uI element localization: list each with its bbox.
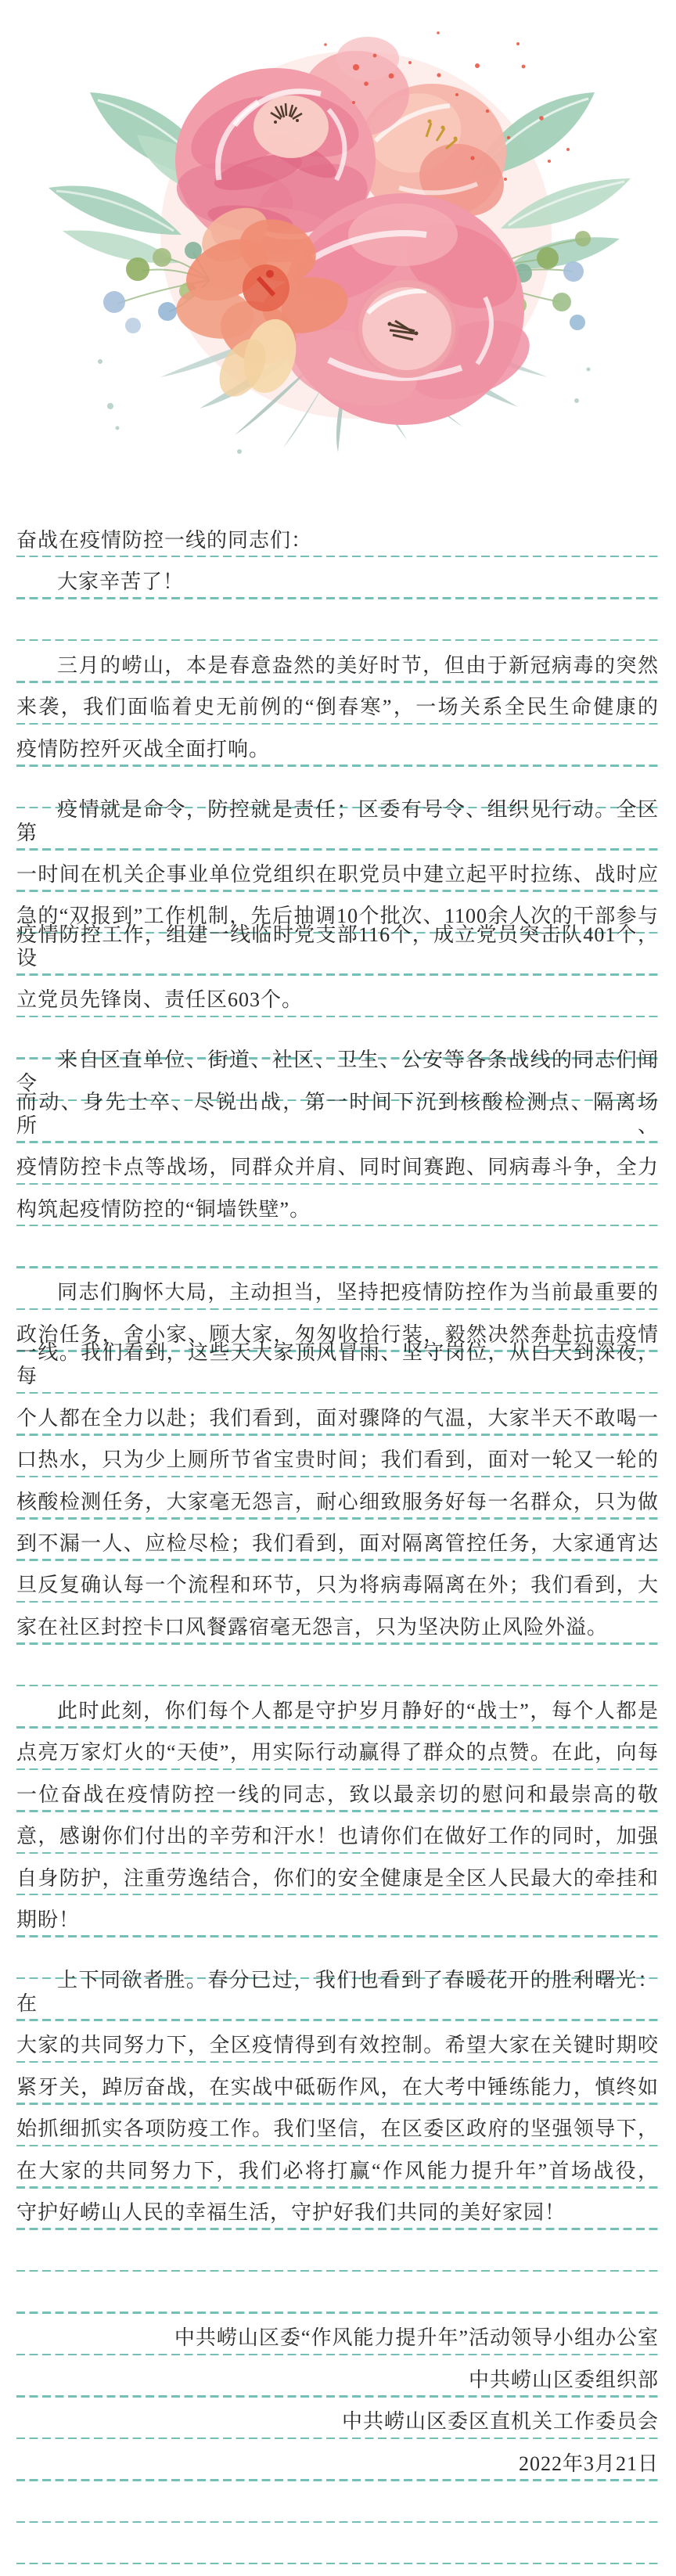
letter-row: 个人都在全力以赴；我们看到，面对骤降的气温，大家半天不敢喝一 xyxy=(16,1394,659,1435)
letter-row: 一位奋战在疫情防控一线的同志，致以最亲切的慰问和最崇高的敬 xyxy=(16,1770,659,1811)
letter-row-text: 中共崂山区委区直机关工作委员会 xyxy=(16,2410,659,2434)
ruled-line-empty xyxy=(16,2230,659,2272)
letter-row: 家在社区封控卡口风餐露宿毫无怨言，只为坚决防止风险外溢。 xyxy=(16,1603,659,1644)
letter-row: 守护好崂山人民的幸福生活，守护好我们共同的美好家园！ xyxy=(16,2189,659,2230)
letter-row-text: 一位奋战在疫情防控一线的同志，致以最亲切的慰问和最崇高的敬 xyxy=(16,1783,659,1807)
ruled-line-empty xyxy=(16,2272,659,2313)
ruled-line-empty xyxy=(16,599,659,641)
letter-row-text: 2022年3月21日 xyxy=(16,2452,659,2476)
letter-row-text: 此时此刻，你们每个人都是守护岁月静好的“战士”，每个人都是 xyxy=(16,1700,659,1723)
letter-body: 奋战在疫情防控一线的同志们：大家辛苦了！三月的崂山，本是春意盎然的美好时节，但由… xyxy=(16,516,659,2564)
letter-row: 构筑起疫情防控的“铜墙铁壁”。 xyxy=(16,1185,659,1226)
ruled-line-empty xyxy=(16,1226,659,1268)
letter-row: 疫情防控歼灭战全面打响。 xyxy=(16,725,659,766)
letter-row: 立党员先锋岗、责任区603个。 xyxy=(16,976,659,1017)
letter-row-text: 紧牙关，踔厉奋战，在实战中砥砺作风，在大考中锤练能力，慎终如 xyxy=(16,2076,659,2099)
letter-row: 期盼！ xyxy=(16,1895,659,1937)
letter-row-text: 口热水，只为少上厕所节省宝贵时间；我们看到，面对一轮又一轮的 xyxy=(16,1448,659,1472)
letter-row-text: 疫情防控工作，组建一线临时党支部116个，成立党员突击队401个，设 xyxy=(16,923,659,970)
ruled-line-empty xyxy=(16,2481,659,2523)
letter-row: 自身防护，注重劳逸结合，你们的安全健康是全区人民最大的牵挂和 xyxy=(16,1854,659,1895)
letter-row: 在大家的共同努力下，我们必将打赢“作风能力提升年”首场战役， xyxy=(16,2146,659,2188)
letter-row: 奋战在疫情防控一线的同志们： xyxy=(16,516,659,557)
letter-row: 来袭，我们面临着史无前例的“倒春寒”，一场关系全民生命健康的 xyxy=(16,683,659,725)
letter-row-text: 而动、身先士卒、尽锐出战，第一时间下沉到核酸检测点、隔离场所、 xyxy=(16,1091,659,1138)
letter-row: 大家的共同努力下，全区疫情得到有效控制。希望大家在关键时期咬 xyxy=(16,2021,659,2063)
letter-row-text: 疫情就是命令，防控就是责任；区委有号令、组织见行动。全区第 xyxy=(16,798,659,845)
letter-row: 疫情就是命令，防控就是责任；区委有号令、组织见行动。全区第 xyxy=(16,808,659,850)
letter-row: 旦反复确认每一个流程和环节，只为将病毒隔离在外；我们看到，大 xyxy=(16,1561,659,1603)
letter-row-text: 中共崂山区委组织部 xyxy=(16,2369,659,2392)
letter-row-text: 家在社区封控卡口风餐露宿毫无怨言，只为坚决防止风险外溢。 xyxy=(16,1616,659,1639)
letter-row: 一时间在机关企事业单位党组织在职党员中建立起平时拉练、战时应 xyxy=(16,851,659,892)
letter-row: 核酸检测任务，大家毫无怨言，耐心细致服务好每一名群众，只为做 xyxy=(16,1477,659,1519)
letter-row-text: 点亮万家灯火的“天使”，用实际行动赢得了群众的点赞。在此，向每 xyxy=(16,1741,659,1765)
letter-row-text: 疫情防控卡点等战场，同群众并肩、同时间赛跑、同病毒斗争，全力 xyxy=(16,1156,659,1179)
letter-row: 中共崂山区委“作风能力提升年”活动领导小组办公室 xyxy=(16,2314,659,2355)
ruled-line-empty xyxy=(16,2523,659,2564)
letter-row-text: 意，感谢你们付出的辛劳和汗水！也请你们在做好工作的同时，加强 xyxy=(16,1825,659,1848)
letter-row-text: 守护好崂山人民的幸福生活，守护好我们共同的美好家园！ xyxy=(16,2201,659,2225)
letter-row-text: 来自区直单位、街道、社区、卫生、公安等各条战线的同志们闻令 xyxy=(16,1049,659,1096)
letter-row-text: 一时间在机关企事业单位党组织在职党员中建立起平时拉练、战时应 xyxy=(16,863,659,887)
letter-row-text: 旦反复确认每一个流程和环节，只为将病毒隔离在外；我们看到，大 xyxy=(16,1574,659,1597)
letter-row-text: 构筑起疫情防控的“铜墙铁壁”。 xyxy=(16,1198,659,1221)
letter-row-text: 自身防护，注重劳逸结合，你们的安全健康是全区人民最大的牵挂和 xyxy=(16,1867,659,1891)
letter-row: 三月的崂山，本是春意盎然的美好时节，但由于新冠病毒的突然 xyxy=(16,641,659,682)
ruled-line-empty xyxy=(16,1645,659,1686)
letter-row-text: 疫情防控歼灭战全面打响。 xyxy=(16,738,659,761)
letter-row: 而动、身先士卒、尽锐出战，第一时间下沉到核酸检测点、隔离场所、 xyxy=(16,1101,659,1142)
letter-row: 中共崂山区委组织部 xyxy=(16,2355,659,2397)
letter-row: 疫情防控卡点等战场，同群众并肩、同时间赛跑、同病毒斗争，全力 xyxy=(16,1143,659,1185)
letter-row-text: 大家的共同努力下，全区疫情得到有效控制。希望大家在关键时期咬 xyxy=(16,2034,659,2057)
letter-row: 上下同欲者胜。春分已过，我们也看到了春暖花开的胜利曙光：在 xyxy=(16,1979,659,2020)
letter-row: 点亮万家灯火的“天使”，用实际行动赢得了群众的点赞。在此，向每 xyxy=(16,1729,659,1770)
watercolor-flower-bouquet-image xyxy=(0,0,676,485)
letter-row-text: 始抓细抓实各项防疫工作。我们坚信，在区委区政府的坚强领导下， xyxy=(16,2117,659,2141)
letter-row-text: 大家辛苦了！ xyxy=(16,570,659,594)
letter-row-text: 在大家的共同努力下，我们必将打赢“作风能力提升年”首场战役， xyxy=(16,2160,659,2183)
letter-row: 疫情防控工作，组建一线临时党支部116个，成立党员突击队401个，设 xyxy=(16,934,659,975)
letter-row: 大家辛苦了！ xyxy=(16,557,659,599)
letter-row: 中共崂山区委区直机关工作委员会 xyxy=(16,2398,659,2439)
letter-row: 意，感谢你们付出的辛劳和汗水！也请你们在做好工作的同时，加强 xyxy=(16,1812,659,1854)
letter-row: 始抓细抓实各项防疫工作。我们坚信，在区委区政府的坚强领导下， xyxy=(16,2105,659,2146)
letter-row-text: 立党员先锋岗、责任区603个。 xyxy=(16,988,659,1012)
letter-row-text: 同志们胸怀大局，主动担当，坚持把疫情防控作为当前最重要的 xyxy=(16,1281,659,1304)
letter-row-text: 到不漏一人、应检尽检；我们看到，面对隔离管控任务，大家通宵达 xyxy=(16,1532,659,1556)
letter-row: 口热水，只为少上厕所节省宝贵时间；我们看到，面对一轮又一轮的 xyxy=(16,1436,659,1477)
letter-row: 同志们胸怀大局，主动担当，坚持把疫情防控作为当前最重要的 xyxy=(16,1268,659,1310)
letter-row-text: 奋战在疫情防控一线的同志们： xyxy=(16,529,659,552)
letter-row: 此时此刻，你们每个人都是守护岁月静好的“战士”，每个人都是 xyxy=(16,1686,659,1728)
letter-row-text: 期盼！ xyxy=(16,1909,659,1932)
letter-row: 一线。我们看到，这些天大家顶风冒雨、坚守岗位，从白天到深夜，每 xyxy=(16,1352,659,1394)
letter-row: 紧牙关，踔厉奋战，在实战中砥砺作风，在大考中锤练能力，慎终如 xyxy=(16,2063,659,2104)
letter-row-text: 上下同欲者胜。春分已过，我们也看到了春暖花开的胜利曙光：在 xyxy=(16,1969,659,2016)
letter-row-text: 来袭，我们面临着史无前例的“倒春寒”，一场关系全民生命健康的 xyxy=(16,696,659,719)
letter-row: 2022年3月21日 xyxy=(16,2439,659,2481)
letter-row-text: 核酸检测任务，大家毫无怨言，耐心细致服务好每一名群众，只为做 xyxy=(16,1491,659,1514)
letter-row-text: 三月的崂山，本是春意盎然的美好时节，但由于新冠病毒的突然 xyxy=(16,654,659,678)
letter-row-text: 一线。我们看到，这些天大家顶风冒雨、坚守岗位，从白天到深夜，每 xyxy=(16,1341,659,1388)
letter-row: 到不漏一人、应检尽检；我们看到，面对隔离管控任务，大家通宵达 xyxy=(16,1520,659,1561)
letter-page: 奋战在疫情防控一线的同志们：大家辛苦了！三月的崂山，本是春意盎然的美好时节，但由… xyxy=(0,0,676,2576)
letter-row-text: 中共崂山区委“作风能力提升年”活动领导小组办公室 xyxy=(16,2326,659,2350)
letter-row-text: 个人都在全力以赴；我们看到，面对骤降的气温，大家半天不敢喝一 xyxy=(16,1407,659,1430)
